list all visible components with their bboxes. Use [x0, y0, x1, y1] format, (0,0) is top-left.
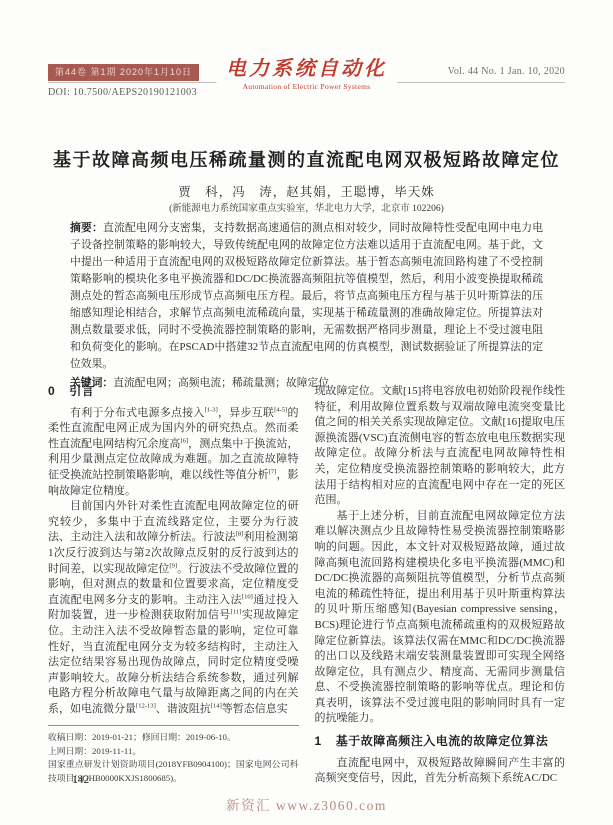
abstract-text: 直流配电网分支密集，支持数据高速通信的测点相对较少，同时故障特性受配电网中电力电…	[70, 222, 543, 370]
body-paragraph: 现故障定位。文献[15]将电容放电初始阶段视作线性特征，利用故障位置系数与双端故…	[315, 384, 566, 509]
section-heading-0: 0引言	[48, 384, 299, 400]
abstract-paragraph: 摘要：直流配电网分支密集，支持数据高速通信的测点相对较少，同时故障特性受配电网中…	[70, 220, 543, 373]
journal-logo: 电力系统自动化	[226, 56, 387, 82]
watermark: 新资汇 www.z3060.com	[0, 794, 613, 814]
body-paragraph: 目前国内外针对柔性直流配电网故障定位的研究较少，多集中于直流线路定位，主要分为行…	[48, 499, 299, 717]
issue-badge: 第44卷 第1期 2020年1月10日	[48, 64, 199, 81]
paper-title: 基于故障高频电压稀疏量测的直流配电网双极短路故障定位	[0, 146, 613, 172]
abstract-label: 摘要：	[70, 222, 103, 234]
doi-text: DOI: 10.7500/AEPS20190121003	[48, 87, 197, 98]
right-column: 现故障定位。文献[15]将电容放电初始阶段视作线性特征，利用故障位置系数与双端故…	[315, 384, 566, 787]
abstract-block: 摘要：直流配电网分支密集，支持数据高速通信的测点相对较少，同时故障特性受配电网中…	[70, 220, 543, 392]
section-number: 1	[315, 734, 322, 748]
footnote-online: 上网日期：2019-11-11。	[48, 745, 299, 759]
journal-subtitle: Automation of Electric Power Systems	[226, 82, 387, 92]
body-paragraph: 基于上述分析，目前直流配电网故障定位方法难以解决测点少且故障特性易受换流器控制策…	[315, 509, 566, 727]
volume-info: Vol. 44 No. 1 Jan. 10, 2020	[448, 66, 565, 77]
journal-page: 第44卷 第1期 2020年1月10日 DOI: 10.7500/AEPS201…	[0, 0, 613, 825]
left-column: 0引言 有利于分布式电源多点接入[1-3]，异步互联[4-5]的柔性直流配电网正…	[48, 384, 299, 787]
journal-header: 第44卷 第1期 2020年1月10日 DOI: 10.7500/AEPS201…	[48, 56, 565, 102]
section-number: 0	[48, 384, 55, 398]
body-paragraph: 有利于分布式电源多点接入[1-3]，异步互联[4-5]的柔性直流配电网正成为国内…	[48, 406, 299, 500]
journal-masthead: 电力系统自动化 Automation of Electric Power Sys…	[216, 56, 397, 92]
section-title: 基于故障高频注入电流的故障定位算法	[336, 734, 549, 748]
body-paragraph: 直流配电网中，双极短路故障瞬间产生丰富的高频突变信号，因此，首先分析高频下系统A…	[315, 756, 566, 787]
authors-line: 贾 科，冯 涛，赵其娟，王聪博，毕天姝	[0, 182, 613, 200]
section-title: 引言	[69, 384, 94, 398]
affiliation-line: (新能源电力系统国家重点实验室，华北电力大学，北京市 102206)	[0, 200, 613, 214]
section-heading-1: 1基于故障高频注入电流的故障定位算法	[315, 734, 566, 750]
body-columns: 0引言 有利于分布式电源多点接入[1-3]，异步互联[4-5]的柔性直流配电网正…	[48, 384, 565, 787]
footnote-received: 收稿日期：2019-01-21；修回日期：2019-06-10。	[48, 731, 299, 745]
page-number: 142	[72, 774, 89, 786]
